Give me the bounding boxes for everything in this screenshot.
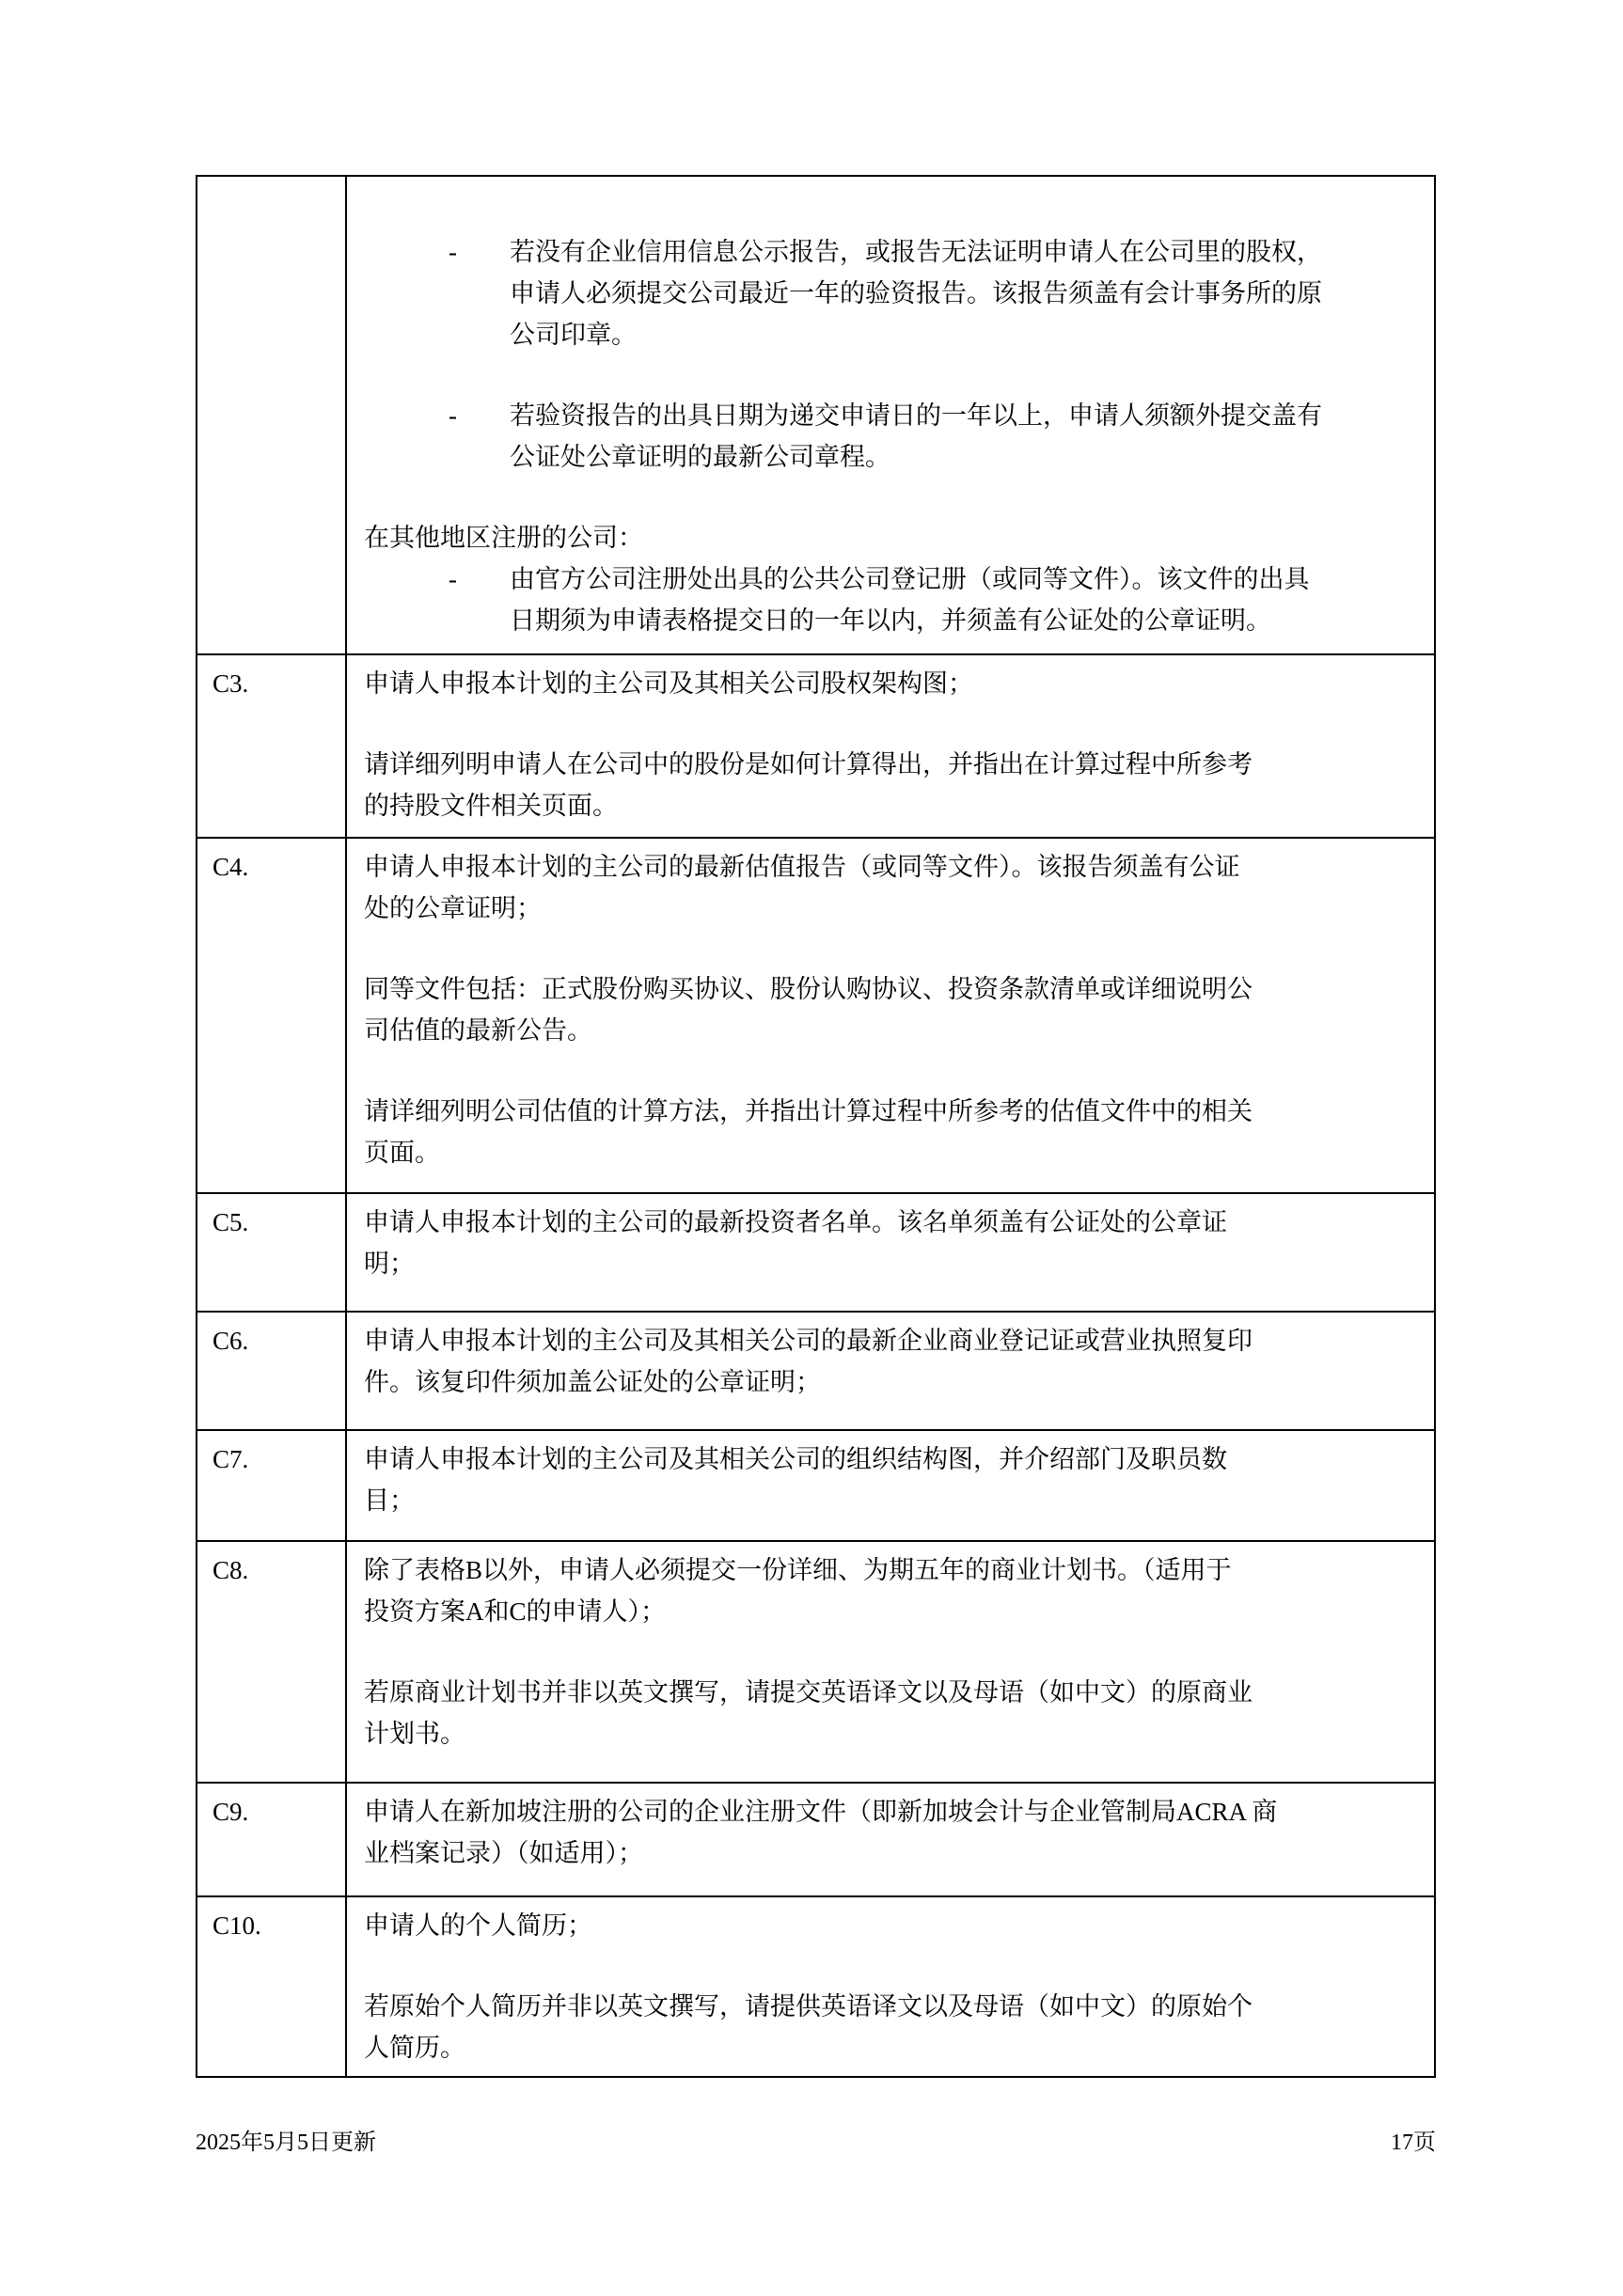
- row-label: C8.: [197, 1541, 346, 1783]
- paragraph: 若原商业计划书并非以英文撰写，请提交英语译文以及母语（如中文）的原商业计划书。: [364, 1672, 1421, 1754]
- row-label: C9.: [197, 1783, 346, 1896]
- footer-page-number: 17页: [1391, 2127, 1436, 2159]
- text-line: 的持股文件相关页面。: [364, 785, 1421, 826]
- row-content: 申请人申报本计划的主公司及其相关公司股权架构图；请详细列明申请人在公司中的股份是…: [346, 654, 1435, 838]
- footer-updated-date: 2025年5月5日更新: [196, 2127, 376, 2159]
- text-line: 申请人的个人简历；: [364, 1905, 1421, 1946]
- row-label: C3.: [197, 654, 346, 838]
- bullet-text: 若没有企业信用信息公示报告，或报告无法证明申请人在公司里的股权，申请人必须提交公…: [510, 231, 1421, 355]
- paragraph: 申请人申报本计划的主公司的最新估值报告（或同等文件）。该报告须盖有公证处的公章证…: [364, 846, 1421, 929]
- text-line: 明；: [364, 1243, 1421, 1284]
- bullet-item: -若没有企业信用信息公示报告，或报告无法证明申请人在公司里的股权，申请人必须提交…: [364, 231, 1421, 355]
- text-line: 页面。: [364, 1132, 1421, 1173]
- row-label: C5.: [197, 1193, 346, 1312]
- text-line: 申请人申报本计划的主公司的最新估值报告（或同等文件）。该报告须盖有公证: [364, 846, 1421, 888]
- text-line: 处的公章证明；: [364, 888, 1421, 929]
- bullet-item: -由官方公司注册处出具的公共公司登记册（或同等文件）。该文件的出具日期须为申请表…: [364, 558, 1421, 641]
- text-line: 计划书。: [364, 1713, 1421, 1754]
- text-line: 除了表格B以外，申请人必须提交一份详细、为期五年的商业计划书。（适用于: [364, 1549, 1421, 1591]
- paragraph: 申请人申报本计划的主公司及其相关公司的组织结构图，并介绍部门及职员数目；: [364, 1439, 1421, 1521]
- row-label: [197, 176, 346, 654]
- text-line: 若原商业计划书并非以英文撰写，请提交英语译文以及母语（如中文）的原商业: [364, 1672, 1421, 1713]
- row-content: 申请人申报本计划的主公司及其相关公司的组织结构图，并介绍部门及职员数目；: [346, 1430, 1435, 1541]
- bullet-marker: -: [449, 395, 510, 478]
- bullet-marker: -: [449, 558, 510, 641]
- paragraph: 在其他地区注册的公司：: [364, 517, 1421, 558]
- text-line: 目；: [364, 1480, 1421, 1521]
- row-label: C6.: [197, 1312, 346, 1430]
- paragraph: 若原始个人简历并非以英文撰写，请提供英语译文以及母语（如中文）的原始个人简历。: [364, 1986, 1421, 2068]
- requirements-table: -若没有企业信用信息公示报告，或报告无法证明申请人在公司里的股权，申请人必须提交…: [196, 175, 1436, 2078]
- paragraph: 请详细列明公司估值的计算方法，并指出计算过程中所参考的估值文件中的相关页面。: [364, 1091, 1421, 1173]
- paragraph: 申请人申报本计划的主公司及其相关公司的最新企业商业登记证或营业执照复印件。该复印…: [364, 1320, 1421, 1403]
- text-line: 件。该复印件须加盖公证处的公章证明；: [364, 1361, 1421, 1403]
- text-line: 若验资报告的出具日期为递交申请日的一年以上，申请人须额外提交盖有: [510, 395, 1421, 436]
- text-line: 申请人必须提交公司最近一年的验资报告。该报告须盖有会计事务所的原: [510, 273, 1421, 314]
- table-row-c4: C4.申请人申报本计划的主公司的最新估值报告（或同等文件）。该报告须盖有公证处的…: [197, 838, 1435, 1193]
- text-line: 若原始个人简历并非以英文撰写，请提供英语译文以及母语（如中文）的原始个: [364, 1986, 1421, 2027]
- text-line: 申请人申报本计划的主公司及其相关公司的组织结构图，并介绍部门及职员数: [364, 1439, 1421, 1480]
- text-line: 请详细列明公司估值的计算方法，并指出计算过程中所参考的估值文件中的相关: [364, 1091, 1421, 1132]
- row-label: C4.: [197, 838, 346, 1193]
- row-label: C10.: [197, 1896, 346, 2077]
- text-line: 若没有企业信用信息公示报告，或报告无法证明申请人在公司里的股权，: [510, 231, 1421, 273]
- table-row-continuation: -若没有企业信用信息公示报告，或报告无法证明申请人在公司里的股权，申请人必须提交…: [197, 176, 1435, 654]
- paragraph: 同等文件包括：正式股份购买协议、股份认购协议、投资条款清单或详细说明公司估值的最…: [364, 968, 1421, 1051]
- paragraph: 申请人申报本计划的主公司的最新投资者名单。该名单须盖有公证处的公章证明；: [364, 1202, 1421, 1284]
- text-line: 业档案记录）（如适用）；: [364, 1832, 1421, 1874]
- text-line: 同等文件包括：正式股份购买协议、股份认购协议、投资条款清单或详细说明公: [364, 968, 1421, 1010]
- bullet-text: 若验资报告的出具日期为递交申请日的一年以上，申请人须额外提交盖有公证处公章证明的…: [510, 395, 1421, 478]
- table-row-c5: C5.申请人申报本计划的主公司的最新投资者名单。该名单须盖有公证处的公章证明；: [197, 1193, 1435, 1312]
- text-line: 由官方公司注册处出具的公共公司登记册（或同等文件）。该文件的出具: [510, 558, 1421, 600]
- requirements-table-body: -若没有企业信用信息公示报告，或报告无法证明申请人在公司里的股权，申请人必须提交…: [197, 176, 1435, 2077]
- text-line: 日期须为申请表格提交日的一年以内，并须盖有公证处的公章证明。: [510, 600, 1421, 641]
- text-line: 公证处公章证明的最新公司章程。: [510, 436, 1421, 478]
- table-row-c10: C10.申请人的个人简历；若原始个人简历并非以英文撰写，请提供英语译文以及母语（…: [197, 1896, 1435, 2077]
- paragraph: 申请人的个人简历；: [364, 1905, 1421, 1946]
- table-row-c7: C7.申请人申报本计划的主公司及其相关公司的组织结构图，并介绍部门及职员数目；: [197, 1430, 1435, 1541]
- row-content: 申请人申报本计划的主公司及其相关公司的最新企业商业登记证或营业执照复印件。该复印…: [346, 1312, 1435, 1430]
- document-page: -若没有企业信用信息公示报告，或报告无法证明申请人在公司里的股权，申请人必须提交…: [0, 0, 1623, 2296]
- row-content: -若没有企业信用信息公示报告，或报告无法证明申请人在公司里的股权，申请人必须提交…: [346, 176, 1435, 654]
- row-content: 申请人申报本计划的主公司的最新投资者名单。该名单须盖有公证处的公章证明；: [346, 1193, 1435, 1312]
- text-line: 人简历。: [364, 2027, 1421, 2068]
- table-row-c6: C6.申请人申报本计划的主公司及其相关公司的最新企业商业登记证或营业执照复印件。…: [197, 1312, 1435, 1430]
- text-line: 公司印章。: [510, 314, 1421, 355]
- text-line: 申请人申报本计划的主公司及其相关公司股权架构图；: [364, 663, 1421, 704]
- bullet-marker: -: [449, 231, 510, 355]
- table-row-c8: C8.除了表格B以外，申请人必须提交一份详细、为期五年的商业计划书。（适用于投资…: [197, 1541, 1435, 1783]
- paragraph: 除了表格B以外，申请人必须提交一份详细、为期五年的商业计划书。（适用于投资方案A…: [364, 1549, 1421, 1632]
- page-footer: 2025年5月5日更新 17页: [196, 2127, 1436, 2159]
- row-content: 申请人在新加坡注册的公司的企业注册文件（即新加坡会计与企业管制局ACRA 商业档…: [346, 1783, 1435, 1896]
- table-row-c3: C3.申请人申报本计划的主公司及其相关公司股权架构图；请详细列明申请人在公司中的…: [197, 654, 1435, 838]
- text-line: 投资方案A和C的申请人）；: [364, 1591, 1421, 1632]
- paragraph: 申请人在新加坡注册的公司的企业注册文件（即新加坡会计与企业管制局ACRA 商业档…: [364, 1791, 1421, 1874]
- row-content: 除了表格B以外，申请人必须提交一份详细、为期五年的商业计划书。（适用于投资方案A…: [346, 1541, 1435, 1783]
- row-content: 申请人的个人简历；若原始个人简历并非以英文撰写，请提供英语译文以及母语（如中文）…: [346, 1896, 1435, 2077]
- text-line: 司估值的最新公告。: [364, 1010, 1421, 1051]
- text-line: 请详细列明申请人在公司中的股份是如何计算得出，并指出在计算过程中所参考: [364, 744, 1421, 785]
- bullet-text: 由官方公司注册处出具的公共公司登记册（或同等文件）。该文件的出具日期须为申请表格…: [510, 558, 1421, 641]
- row-label: C7.: [197, 1430, 346, 1541]
- paragraph: 请详细列明申请人在公司中的股份是如何计算得出，并指出在计算过程中所参考的持股文件…: [364, 744, 1421, 826]
- text-line: 申请人在新加坡注册的公司的企业注册文件（即新加坡会计与企业管制局ACRA 商: [364, 1791, 1421, 1832]
- table-row-c9: C9.申请人在新加坡注册的公司的企业注册文件（即新加坡会计与企业管制局ACRA …: [197, 1783, 1435, 1896]
- text-line: 申请人申报本计划的主公司及其相关公司的最新企业商业登记证或营业执照复印: [364, 1320, 1421, 1361]
- bullet-item: -若验资报告的出具日期为递交申请日的一年以上，申请人须额外提交盖有公证处公章证明…: [364, 395, 1421, 478]
- text-line: 在其他地区注册的公司：: [364, 517, 1421, 558]
- row-content: 申请人申报本计划的主公司的最新估值报告（或同等文件）。该报告须盖有公证处的公章证…: [346, 838, 1435, 1193]
- text-line: 申请人申报本计划的主公司的最新投资者名单。该名单须盖有公证处的公章证: [364, 1202, 1421, 1243]
- paragraph: 申请人申报本计划的主公司及其相关公司股权架构图；: [364, 663, 1421, 704]
